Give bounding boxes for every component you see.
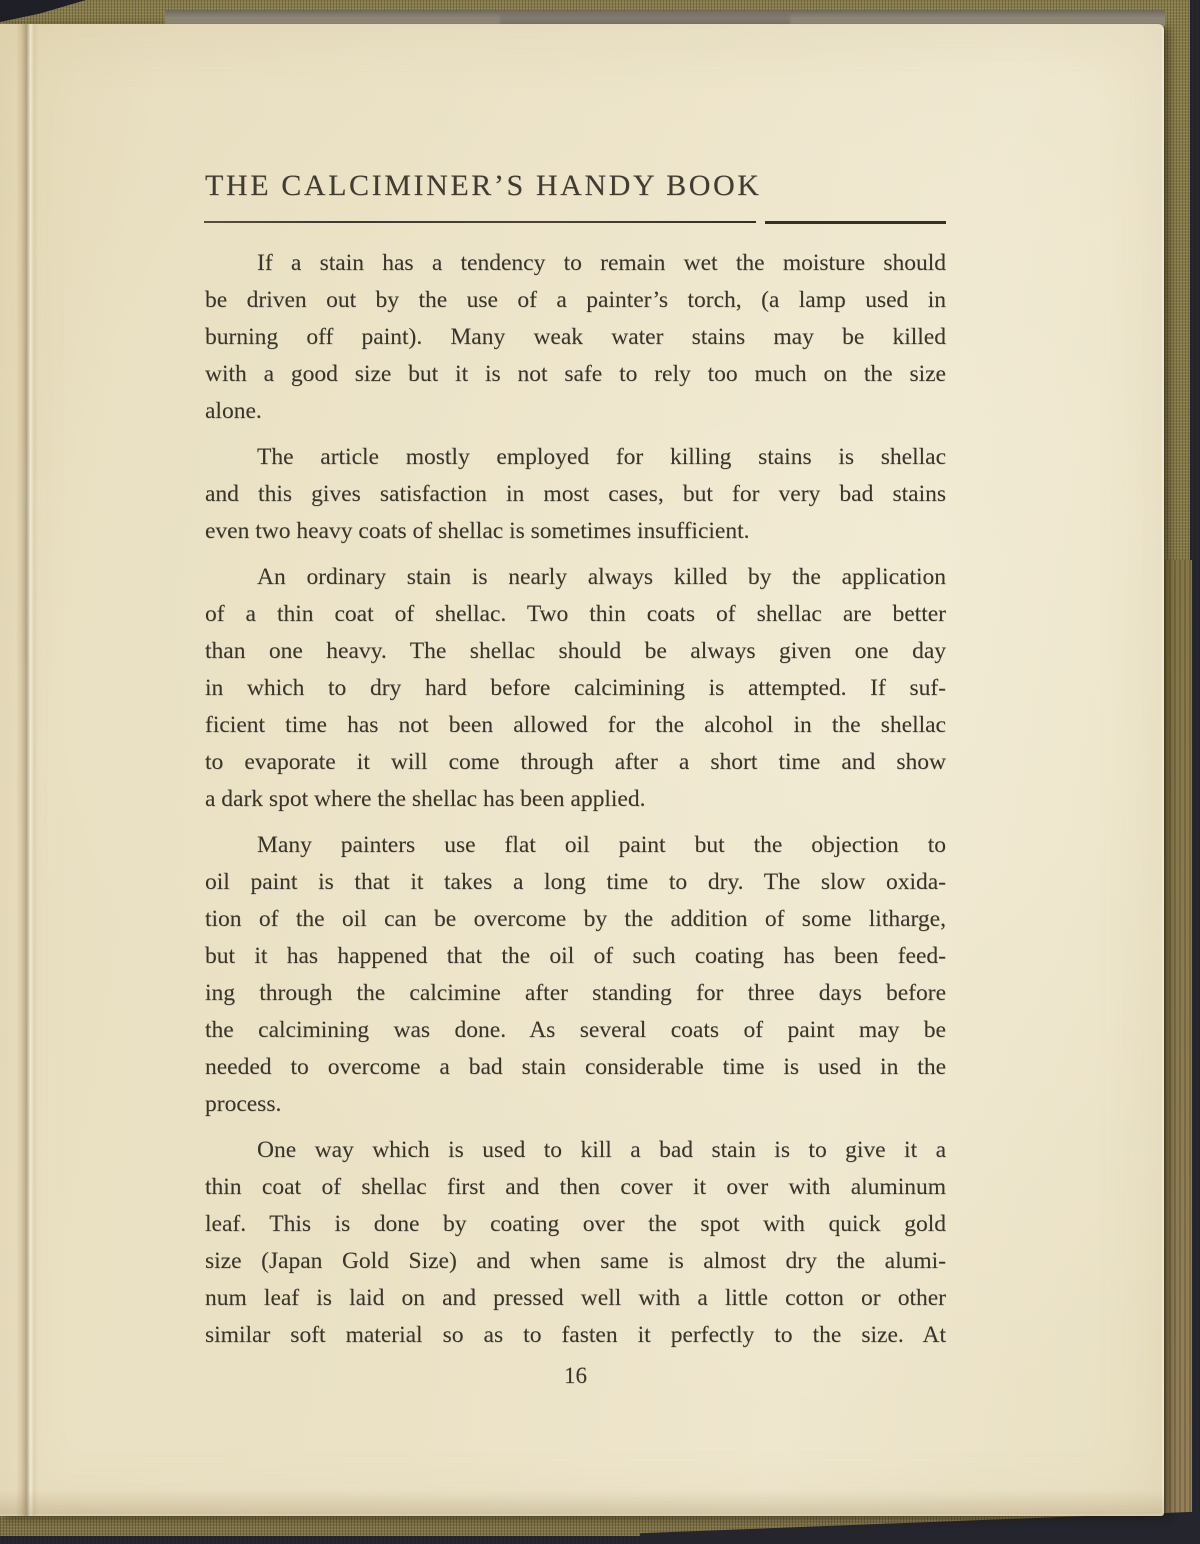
text-line: the calcimining was done. As several coa… — [205, 1012, 946, 1049]
book-photo: THE CALCIMINER’S HANDY BOOK If a stain h… — [0, 0, 1200, 1544]
page-number: 16 — [205, 1363, 946, 1389]
text-line: tion of the oil can be overcome by the a… — [205, 901, 946, 938]
paragraph: Many painters use flat oil paint but the… — [205, 827, 946, 1123]
text-line: ing through the calcimine after standing… — [205, 975, 946, 1012]
paragraph: An ordinary stain is nearly always kille… — [205, 559, 946, 818]
text-line: with a good size but it is not safe to r… — [205, 356, 946, 393]
text-line: process. — [205, 1086, 946, 1123]
book-page: THE CALCIMINER’S HANDY BOOK If a stain h… — [0, 24, 1164, 1516]
title-rule-right-segment — [765, 221, 946, 224]
text-line: num leaf is laid on and pressed well wit… — [205, 1280, 946, 1317]
paragraph: If a stain has a tendency to remain wet … — [205, 245, 946, 430]
gutter-crease — [16, 24, 38, 1516]
text-line: a dark spot where the shellac has been a… — [205, 781, 946, 818]
text-line: If a stain has a tendency to remain wet … — [205, 245, 946, 282]
text-line: and this gives satisfaction in most case… — [205, 476, 946, 513]
paragraph: The article mostly employed for killing … — [205, 439, 946, 550]
text-line: of a thin coat of shellac. Two thin coat… — [205, 596, 946, 633]
page-title: THE CALCIMINER’S HANDY BOOK — [205, 167, 947, 205]
text-line: One way which is used to kill a bad stai… — [205, 1132, 946, 1169]
text-line: than one heavy. The shellac should be al… — [205, 633, 946, 670]
text-line: An ordinary stain is nearly always kille… — [205, 559, 946, 596]
text-line: ficient time has not been allowed for th… — [205, 707, 946, 744]
page-stack-right-edge — [1164, 560, 1192, 1516]
text-line: even two heavy coats of shellac is somet… — [205, 513, 946, 550]
text-line: oil paint is that it takes a long time t… — [205, 864, 946, 901]
text-line: but it has happened that the oil of such… — [205, 938, 946, 975]
text-line: burning off paint). Many weak water stai… — [205, 319, 946, 356]
text-line: The article mostly employed for killing … — [205, 439, 946, 476]
text-line: in which to dry hard before calcimining … — [205, 670, 946, 707]
title-rule — [204, 220, 946, 224]
paragraph: One way which is used to kill a bad stai… — [205, 1132, 946, 1354]
text-line: needed to overcome a bad stain considera… — [205, 1049, 946, 1086]
text-line: thin coat of shellac first and then cove… — [205, 1169, 946, 1206]
text-line: alone. — [205, 393, 946, 430]
text-line: leaf. This is done by coating over the s… — [205, 1206, 946, 1243]
page-bottom-shade — [0, 1490, 1164, 1516]
text-line: to evaporate it will come through after … — [205, 744, 946, 781]
text-line: size (Japan Gold Size) and when same is … — [205, 1243, 946, 1280]
text-block: If a stain has a tendency to remain wet … — [205, 245, 946, 1389]
text-line: be driven out by the use of a painter’s … — [205, 282, 946, 319]
title-rule-left-segment — [204, 221, 756, 223]
text-line: Many painters use flat oil paint but the… — [205, 827, 946, 864]
text-line: similar soft material so as to fasten it… — [205, 1317, 946, 1354]
